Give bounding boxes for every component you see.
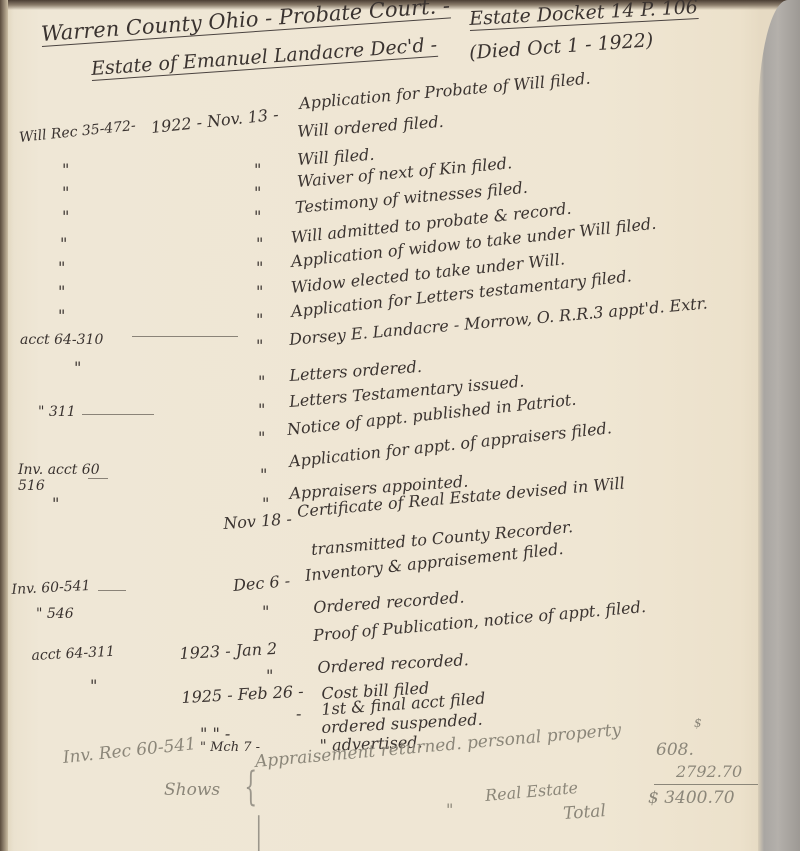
entry-date-ditto: ": [266, 666, 273, 685]
entry-date-ditto: ": [254, 183, 261, 202]
pencil-real-estate-label: Real Estate: [484, 778, 578, 805]
entry-margin-ditto: ": [62, 207, 69, 226]
ledger-page: Warren County Ohio - Probate Court. - Es…: [0, 0, 800, 851]
entry-text: Ordered recorded.: [313, 587, 465, 617]
entry-text: Ordered recorded.: [317, 650, 469, 677]
death-date: (Died Oct 1 - 1922): [468, 29, 654, 64]
margin-rule: [132, 336, 238, 337]
entry-date: 1923 - Jan 2: [179, 639, 278, 663]
entry-margin-ditto: ": [52, 494, 59, 513]
pencil-total-label: Total: [563, 801, 607, 824]
entry-date: 1925 - Feb 26 -: [181, 682, 304, 707]
entry-margin-ref: Will Rec 35-472-: [18, 118, 136, 146]
page-right-edge: [758, 0, 800, 851]
entry-margin-ditto: ": [74, 358, 81, 377]
pencil-personal-amount: 608.: [656, 740, 694, 760]
entry-margin-ditto: ": [90, 676, 97, 695]
pencil-real-estate-amount: 2792.70: [676, 762, 742, 781]
entry-date-ditto: ": [254, 160, 261, 179]
entry-date-ditto: ": [256, 310, 263, 329]
pencil-brace-lower: |: [255, 810, 262, 851]
margin-rule: [82, 414, 154, 415]
margin-rule: [88, 478, 108, 479]
entry-text: Application for Probate of Will filed.: [298, 69, 591, 113]
page-left-edge: [0, 0, 8, 851]
pencil-total-amount: $ 3400.70: [648, 788, 735, 808]
entry-date-ditto: ": [258, 428, 265, 447]
pencil-shows-label: Shows: [164, 780, 220, 800]
entry-margin-ditto: ": [60, 234, 67, 253]
entry-margin-ditto: ": [58, 306, 65, 325]
entry-margin-ditto: ": [62, 183, 69, 202]
entry-date: Nov 18 -: [223, 509, 293, 533]
entry-margin-ref: " 311: [38, 404, 76, 420]
entry-date-ditto: ": [262, 602, 269, 621]
pencil-dollar-mark: $: [694, 716, 702, 730]
entry-date: Dec 6 -: [232, 571, 290, 595]
estate-title: Estate of Emanuel Landacre Dec'd -: [90, 34, 437, 81]
entry-text: Will ordered filed.: [297, 112, 445, 141]
entry-date-ditto: ": [256, 336, 263, 355]
entry-date-ditto: ": [256, 282, 263, 301]
entry-date: -: [296, 704, 301, 723]
entry-date-ditto: ": [256, 258, 263, 277]
entry-date-ditto: ": [260, 465, 267, 484]
pencil-sum-rule: [654, 784, 758, 785]
entry-date-ditto: ": [258, 400, 265, 419]
entry-date: " Mch 7 -: [200, 740, 260, 755]
entry-date-ditto: ": [258, 372, 265, 391]
entry-margin-ditto: ": [58, 258, 65, 277]
entry-text: Letters ordered.: [289, 357, 423, 385]
entry-margin-ref: Inv. 60-541: [11, 578, 91, 598]
entry-margin-ref: acct 64-311: [31, 644, 115, 664]
entry-date-ditto: ": [256, 234, 263, 253]
margin-rule: [98, 590, 126, 591]
entry-margin-ditto: ": [58, 282, 65, 301]
entry-margin-ref: " 546: [36, 606, 74, 622]
entry-margin-ditto: ": [62, 160, 69, 179]
entry-date: 1922 - Nov. 13 -: [150, 105, 279, 137]
entry-date-ditto: ": [254, 207, 261, 226]
pencil-margin-ref: Inv. Rec 60-541: [62, 734, 197, 768]
entry-margin-ref: acct 64-310: [20, 332, 103, 348]
pencil-ditto: ": [446, 800, 453, 819]
